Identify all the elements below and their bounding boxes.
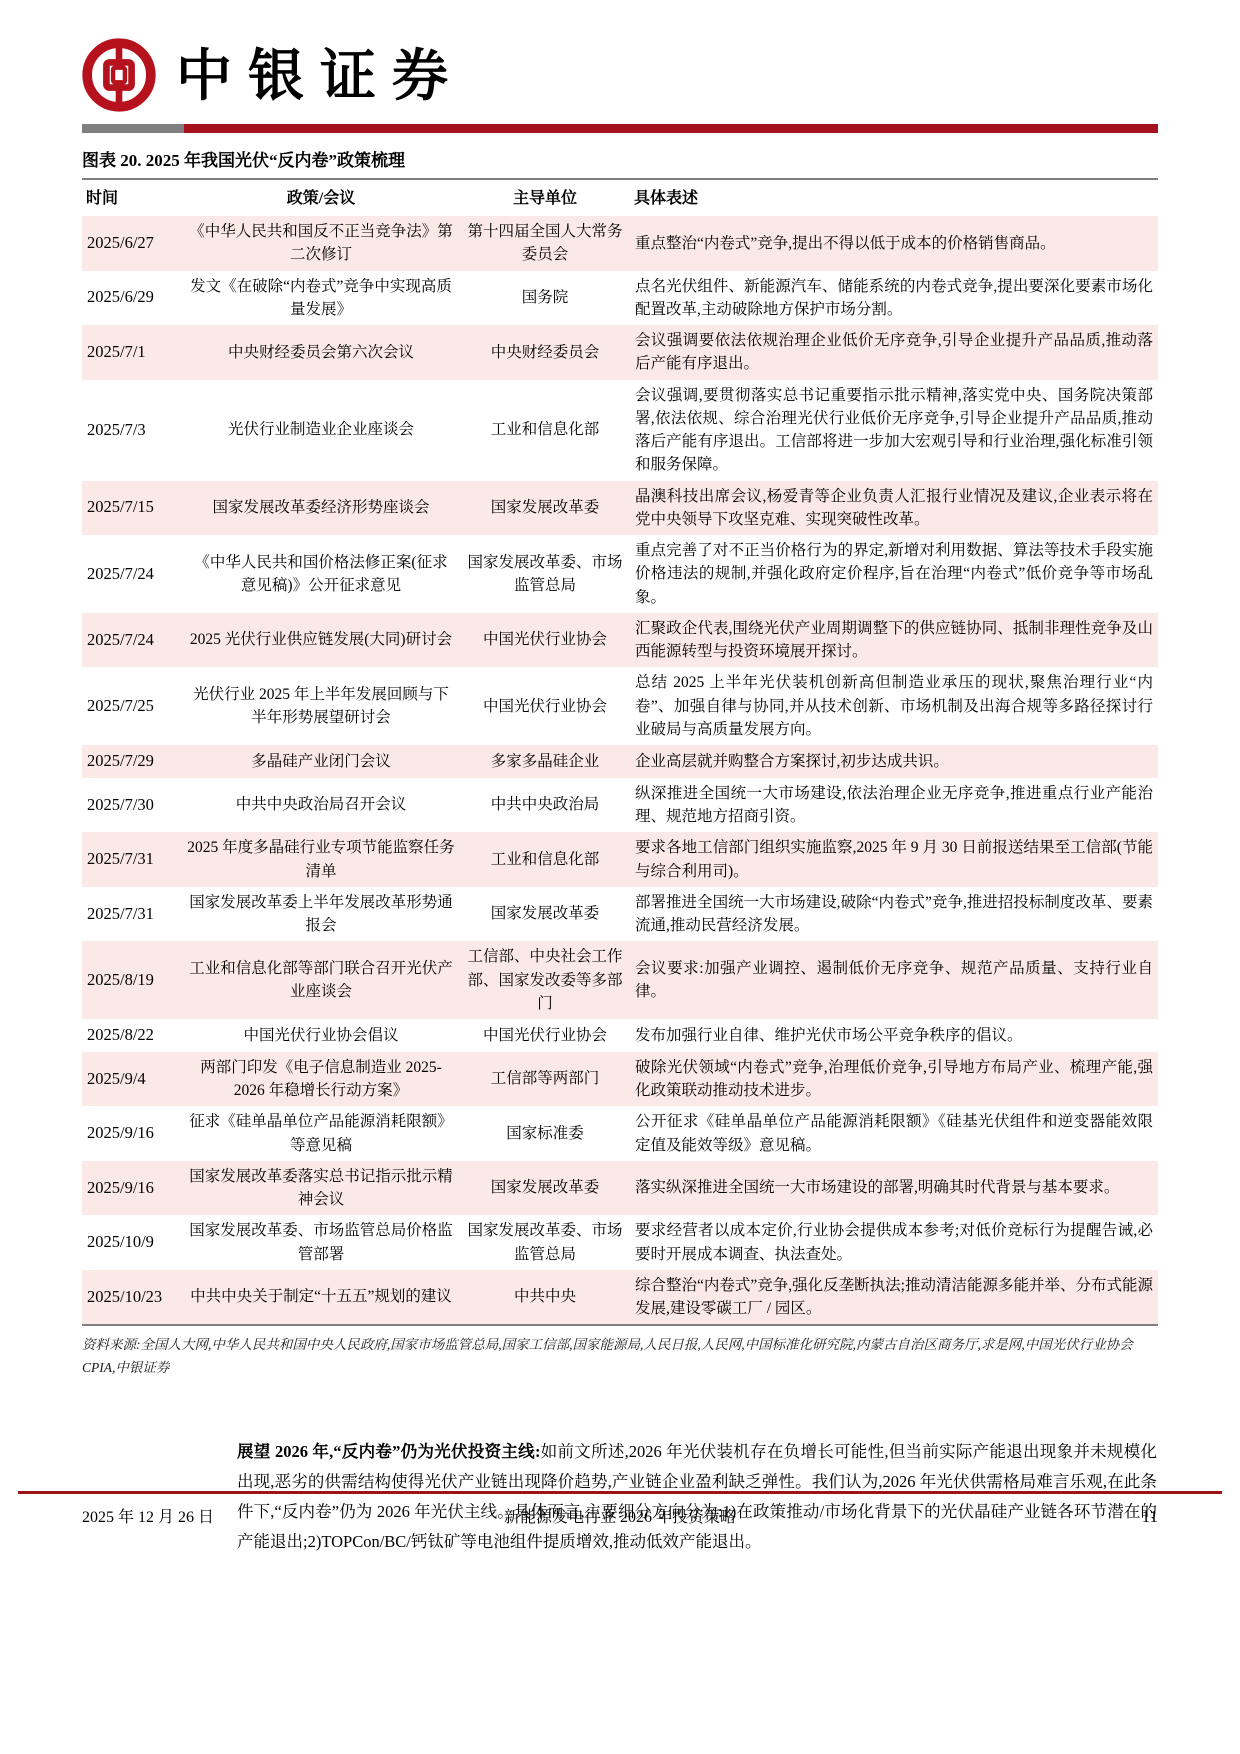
brand-divider-bar <box>82 124 1158 133</box>
table-row: 2025/7/1中央财经委员会第六次会议中央财经委员会会议强调要依法依规治理企业… <box>82 325 1158 380</box>
cell-time: 2025/7/31 <box>82 832 182 887</box>
table-row: 2025/7/242025 光伏行业供应链发展(大同)研讨会中国光伏行业协会汇聚… <box>82 613 1158 668</box>
footer-report-title: 新能源发电行业 2026 年投资策略 <box>351 1504 889 1527</box>
cell-policy: 国家发展改革委经济形势座谈会 <box>182 481 460 536</box>
cell-time: 2025/6/29 <box>82 271 182 326</box>
cell-detail: 会议强调,要贯彻落实总书记重要指示批示精神,落实党中央、国务院决策部署,依法依规… <box>630 380 1158 481</box>
table-row: 2025/9/16国家发展改革委落实总书记指示批示精神会议国家发展改革委落实纵深… <box>82 1161 1158 1216</box>
cell-unit: 国家发展改革委、市场监管总局 <box>460 535 630 613</box>
cell-time: 2025/7/24 <box>82 535 182 613</box>
cell-unit: 工业和信息化部 <box>460 380 630 481</box>
cell-unit: 多家多晶硅企业 <box>460 745 630 778</box>
cell-detail: 会议强调要依法依规治理企业低价无序竞争,引导企业提升产品品质,推动落后产能有序退… <box>630 325 1158 380</box>
cell-time: 2025/7/1 <box>82 325 182 380</box>
cell-detail: 重点整治“内卷式”竞争,提出不得以低于成本的价格销售商品。 <box>630 216 1158 271</box>
cell-policy: 多晶硅产业闭门会议 <box>182 745 460 778</box>
cell-time: 2025/7/3 <box>82 380 182 481</box>
cell-policy: 中国光伏行业协会倡议 <box>182 1019 460 1052</box>
cell-policy: 2025 年度多晶硅行业专项节能监察任务清单 <box>182 832 460 887</box>
cell-time: 2025/8/19 <box>82 941 182 1019</box>
cell-unit: 中央财经委员会 <box>460 325 630 380</box>
cell-policy: 国家发展改革委上半年发展改革形势通报会 <box>182 887 460 942</box>
table-row: 2025/6/27《中华人民共和国反不正当竞争法》第二次修订第十四届全国人大常务… <box>82 216 1158 271</box>
page-footer: 2025 年 12 月 26 日 新能源发电行业 2026 年投资策略 11 <box>18 1491 1222 1527</box>
table-header-row: 时间 政策/会议 主导单位 具体表述 <box>82 180 1158 216</box>
cell-policy: 中央财经委员会第六次会议 <box>182 325 460 380</box>
cell-unit: 中国光伏行业协会 <box>460 667 630 745</box>
outlook-lead: 展望 2026 年,“反内卷”仍为光伏投资主线: <box>237 1442 540 1461</box>
footer-date: 2025 年 12 月 26 日 <box>82 1504 351 1527</box>
table-row: 2025/7/3光伏行业制造业企业座谈会工业和信息化部会议强调,要贯彻落实总书记… <box>82 380 1158 481</box>
brand-header: 中银证券 <box>82 38 1158 112</box>
report-page: 中银证券 图表 20. 2025 年我国光伏“反内卷”政策梳理 时间 政策/会议… <box>0 0 1240 1557</box>
table-row: 2025/7/15国家发展改革委经济形势座谈会国家发展改革委晶澳科技出席会议,杨… <box>82 481 1158 536</box>
cell-time: 2025/10/23 <box>82 1270 182 1326</box>
cell-unit: 中共中央政治局 <box>460 778 630 833</box>
cell-time: 2025/7/15 <box>82 481 182 536</box>
cell-detail: 部署推进全国统一大市场建设,破除“内卷式”竞争,推进招投标制度改革、要素流通,推… <box>630 887 1158 942</box>
table-row: 2025/7/30中共中央政治局召开会议中共中央政治局纵深推进全国统一大市场建设… <box>82 778 1158 833</box>
cell-detail: 综合整治“内卷式”竞争,强化反垄断执法;推动清洁能源多能并举、分布式能源发展,建… <box>630 1270 1158 1326</box>
cell-time: 2025/7/30 <box>82 778 182 833</box>
cell-unit: 中国光伏行业协会 <box>460 613 630 668</box>
cell-detail: 企业高层就并购整合方案探讨,初步达成共识。 <box>630 745 1158 778</box>
figure-title: 图表 20. 2025 年我国光伏“反内卷”政策梳理 <box>82 146 1158 180</box>
cell-policy: 《中华人民共和国价格法修正案(征求意见稿)》公开征求意见 <box>182 535 460 613</box>
table-row: 2025/8/19工业和信息化部等部门联合召开光伏产业座谈会工信部、中央社会工作… <box>82 941 1158 1019</box>
cell-policy: 国家发展改革委、市场监管总局价格监管部署 <box>182 1215 460 1270</box>
cell-time: 2025/7/31 <box>82 887 182 942</box>
col-header-detail: 具体表述 <box>630 180 1158 216</box>
cell-unit: 国家标准委 <box>460 1106 630 1161</box>
cell-time: 2025/8/22 <box>82 1019 182 1052</box>
cell-unit: 中共中央 <box>460 1270 630 1326</box>
col-header-policy: 政策/会议 <box>182 180 460 216</box>
cell-time: 2025/6/27 <box>82 216 182 271</box>
col-header-time: 时间 <box>82 180 182 216</box>
cell-unit: 第十四届全国人大常务委员会 <box>460 216 630 271</box>
cell-detail: 公开征求《硅单晶单位产品能源消耗限额》《硅基光伏组件和逆变器能效限定值及能效等级… <box>630 1106 1158 1161</box>
cell-time: 2025/7/29 <box>82 745 182 778</box>
divider-gray-segment <box>82 124 184 133</box>
cell-unit: 工信部等两部门 <box>460 1052 630 1107</box>
table-row: 2025/7/31国家发展改革委上半年发展改革形势通报会国家发展改革委部署推进全… <box>82 887 1158 942</box>
cell-detail: 汇聚政企代表,围绕光伏产业周期调整下的供应链协同、抵制非理性竞争及山西能源转型与… <box>630 613 1158 668</box>
cell-detail: 点名光伏组件、新能源汽车、储能系统的内卷式竞争,提出要深化要素市场化配置改革,主… <box>630 271 1158 326</box>
cell-unit: 国家发展改革委 <box>460 1161 630 1216</box>
cell-unit: 国家发展改革委 <box>460 481 630 536</box>
table-row: 2025/7/312025 年度多晶硅行业专项节能监察任务清单工业和信息化部要求… <box>82 832 1158 887</box>
cell-policy: 征求《硅单晶单位产品能源消耗限额》等意见稿 <box>182 1106 460 1161</box>
cell-unit: 国家发展改革委、市场监管总局 <box>460 1215 630 1270</box>
table-row: 2025/7/24《中华人民共和国价格法修正案(征求意见稿)》公开征求意见国家发… <box>82 535 1158 613</box>
cell-policy: 2025 光伏行业供应链发展(大同)研讨会 <box>182 613 460 668</box>
table-row: 2025/8/22中国光伏行业协会倡议中国光伏行业协会发布加强行业自律、维护光伏… <box>82 1019 1158 1052</box>
cell-unit: 工业和信息化部 <box>460 832 630 887</box>
cell-detail: 重点完善了对不正当价格行为的界定,新增对利用数据、算法等技术手段实施价格违法的规… <box>630 535 1158 613</box>
brand-name: 中银证券 <box>176 45 464 105</box>
table-row: 2025/9/4两部门印发《电子信息制造业 2025-2026 年稳增长行动方案… <box>82 1052 1158 1107</box>
cell-time: 2025/9/16 <box>82 1106 182 1161</box>
cell-detail: 发布加强行业自律、维护光伏市场公平竞争秩序的倡议。 <box>630 1019 1158 1052</box>
cell-policy: 工业和信息化部等部门联合召开光伏产业座谈会 <box>182 941 460 1019</box>
cell-policy: 中共中央政治局召开会议 <box>182 778 460 833</box>
col-header-unit: 主导单位 <box>460 180 630 216</box>
table-row: 2025/6/29发文《在破除“内卷式”竞争中实现高质量发展》国务院点名光伏组件… <box>82 271 1158 326</box>
source-note: 资料来源:全国人大网,中华人民共和国中央人民政府,国家市场监管总局,国家工信部,… <box>82 1334 1158 1379</box>
table-row: 2025/7/25光伏行业 2025 年上半年发展回顾与下半年形势展望研讨会中国… <box>82 667 1158 745</box>
cell-policy: 两部门印发《电子信息制造业 2025-2026 年稳增长行动方案》 <box>182 1052 460 1107</box>
divider-red-segment <box>184 124 1158 133</box>
cell-policy: 光伏行业制造业企业座谈会 <box>182 380 460 481</box>
cell-policy: 光伏行业 2025 年上半年发展回顾与下半年形势展望研讨会 <box>182 667 460 745</box>
cell-policy: 中共中央关于制定“十五五”规划的建议 <box>182 1270 460 1326</box>
cell-detail: 会议要求:加强产业调控、遏制低价无序竞争、规范产品质量、支持行业自律。 <box>630 941 1158 1019</box>
cell-policy: 国家发展改革委落实总书记指示批示精神会议 <box>182 1161 460 1216</box>
cell-time: 2025/9/4 <box>82 1052 182 1107</box>
cell-unit: 中国光伏行业协会 <box>460 1019 630 1052</box>
cell-detail: 要求各地工信部门组织实施监察,2025 年 9 月 30 日前报送结果至工信部(… <box>630 832 1158 887</box>
cell-time: 2025/7/24 <box>82 613 182 668</box>
table-row: 2025/10/9国家发展改革委、市场监管总局价格监管部署国家发展改革委、市场监… <box>82 1215 1158 1270</box>
cell-unit: 国家发展改革委 <box>460 887 630 942</box>
cell-time: 2025/7/25 <box>82 667 182 745</box>
cell-time: 2025/10/9 <box>82 1215 182 1270</box>
cell-detail: 要求经营者以成本定价,行业协会提供成本参考;对低价竞标行为提醒告诫,必要时开展成… <box>630 1215 1158 1270</box>
cell-detail: 破除光伏领域“内卷式”竞争,治理低价竞争,引导地方布局产业、梳理产能,强化政策联… <box>630 1052 1158 1107</box>
cell-detail: 晶澳科技出席会议,杨爱青等企业负责人汇报行业情况及建议,企业表示将在党中央领导下… <box>630 481 1158 536</box>
cell-unit: 国务院 <box>460 271 630 326</box>
cell-detail: 纵深推进全国统一大市场建设,依法治理企业无序竞争,推进重点行业产能治理、规范地方… <box>630 778 1158 833</box>
cell-unit: 工信部、中央社会工作部、国家发改委等多部门 <box>460 941 630 1019</box>
cell-time: 2025/9/16 <box>82 1161 182 1216</box>
table-row: 2025/7/29多晶硅产业闭门会议多家多晶硅企业企业高层就并购整合方案探讨,初… <box>82 745 1158 778</box>
cell-detail: 落实纵深推进全国统一大市场建设的部署,明确其时代背景与基本要求。 <box>630 1161 1158 1216</box>
table-row: 2025/9/16征求《硅单晶单位产品能源消耗限额》等意见稿国家标准委公开征求《… <box>82 1106 1158 1161</box>
cell-policy: 《中华人民共和国反不正当竞争法》第二次修订 <box>182 216 460 271</box>
table-header: 时间 政策/会议 主导单位 具体表述 <box>82 180 1158 216</box>
boc-logo-icon <box>82 38 156 112</box>
cell-detail: 总结 2025 上半年光伏装机创新高但制造业承压的现状,聚焦治理行业“内卷”、加… <box>630 667 1158 745</box>
table-row: 2025/10/23中共中央关于制定“十五五”规划的建议中共中央综合整治“内卷式… <box>82 1270 1158 1326</box>
footer-page-number: 11 <box>889 1507 1158 1527</box>
table-body: 2025/6/27《中华人民共和国反不正当竞争法》第二次修订第十四届全国人大常务… <box>82 216 1158 1325</box>
cell-policy: 发文《在破除“内卷式”竞争中实现高质量发展》 <box>182 271 460 326</box>
policy-table: 时间 政策/会议 主导单位 具体表述 2025/6/27《中华人民共和国反不正当… <box>82 180 1158 1326</box>
